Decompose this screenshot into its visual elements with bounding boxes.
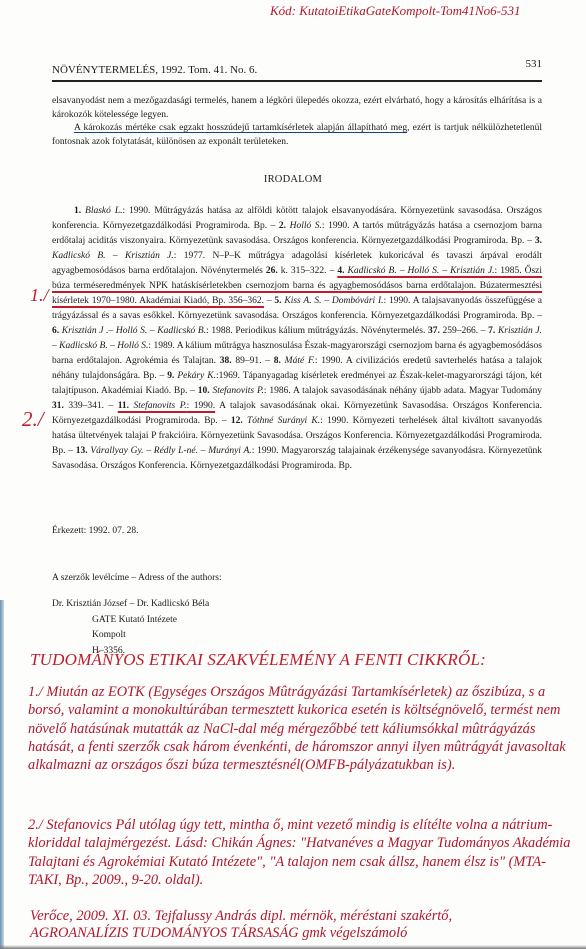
opinion-point-1: 1./ Miután az EOTK (Egységes Országos Mû… [28,683,573,774]
author-names: Dr. Krisztián József – Dr. Kadlicskó Bél… [52,597,209,613]
references-heading: IRODALOM [0,174,586,185]
intro-paragraph-1: elsavanyodást nem a mezőgazdasági termel… [52,95,542,122]
institute: GATE Kutató Intézete [52,613,209,629]
scan-shadow [0,945,586,949]
margin-mark-1: 1./ [30,285,49,306]
intro-text: elsavanyodást nem a mezőgazdasági termel… [52,95,542,150]
references-list: 1. Blaskó L.: 1990. Műtrágyázás hatása a… [52,204,542,474]
reference-item: 6. Krisztián J .– Holló S. – Kadlicskó B… [52,326,488,336]
reference-item: 13. Várallyay Gy. – Rédly L-né. – Murány… [52,446,542,471]
margin-mark-2: 2./ [22,407,44,432]
page-number: 531 [526,58,543,70]
intro-paragraph-2: A károkozás mértéke csak egzakt hosszúde… [52,122,542,149]
city: Kompolt [52,628,209,644]
highlighted-reference: 11. Stefanovits P.: 1990. [118,401,215,411]
underlined-phrase: A károkozás mértéke csak egzakt hosszúde… [74,123,407,133]
received-date: Érkezett: 1992. 07. 28. [52,526,139,536]
journal-header: NÖVÉNYTERMELÉS, 1992. Tom. 41. No. 6. 53… [52,64,542,82]
signature-line-2: AGROANALÍZIS TUDOMÁNYOS TÁRSASÁG gmk vég… [30,925,452,942]
signature-line-1: Verőce, 2009. XI. 03. Tejfalussy András … [30,908,452,925]
document-code: Kód: KutatoiEtikaGateKompolt-Tom41No6-53… [270,3,521,19]
signature: Verőce, 2009. XI. 03. Tejfalussy András … [30,908,452,942]
address-label: A szerzők levélcíme – Adress of the auth… [52,573,222,583]
scan-edge [0,600,4,949]
opinion-title: TUDOMÁNYOS ETIKAI SZAKVÉLEMÉNY A FENTI C… [30,650,486,670]
journal-title: NÖVÉNYTERMELÉS, 1992. Tom. 41. No. 6. [52,64,257,76]
opinion-point-2: 2./ Stefanovics Pál utólag úgy tett, min… [28,816,573,889]
